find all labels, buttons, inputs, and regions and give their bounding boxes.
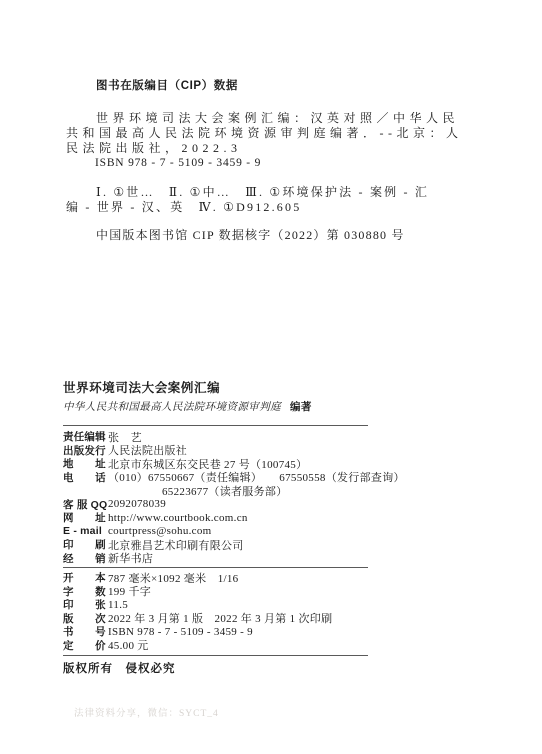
cip-title-line-2: 共和国最高人民法院环境资源审判庭编著．--北京：人: [66, 127, 463, 139]
info-value: 新华书店: [108, 550, 153, 566]
author-role: 编著: [290, 401, 312, 413]
info-value: 45.00 元: [108, 637, 149, 653]
cip-title-line-3: 民法院出版社，2022.3: [66, 142, 242, 154]
info-label: E - mail: [63, 525, 108, 537]
cip-heading: 图书在版编目（CIP）数据: [96, 81, 238, 93]
cip-title-line-1: 世界环境司法大会案例汇编：汉英对照／中华人民: [96, 112, 459, 124]
book-author-line: 中华人民共和国最高人民法院环境资源审判庭编著: [63, 402, 312, 414]
info-value: 2092078039: [108, 498, 166, 510]
cip-record-number: 中国版本图书馆 CIP 数据核字（2022）第 030880 号: [96, 229, 405, 241]
book-author: 中华人民共和国最高人民法院环境资源审判庭: [63, 402, 281, 413]
info-value: http://www.courtbook.com.cn: [108, 512, 248, 524]
divider-rule-bottom: [63, 655, 368, 656]
specification-table: 开 本787 毫米×1092 毫米 1/16 字 数199 千字 印 张11.5…: [63, 571, 332, 652]
info-row-isbn: 书 号ISBN 978 - 7 - 5109 - 3459 - 9: [63, 625, 332, 639]
info-row-phone-cont: 65223677（读者服务部）: [63, 484, 405, 498]
cip-classification-line-2: 编 - 世界 - 汉、英 Ⅳ. ①D912.605: [66, 201, 301, 213]
info-row-price: 定 价45.00 元: [63, 639, 332, 653]
info-label: 经 销: [63, 551, 108, 566]
info-row-edition: 版 次2022 年 3 月第 1 版 2022 年 3 月第 1 次印刷: [63, 612, 332, 626]
cip-isbn: ISBN 978 - 7 - 5109 - 3459 - 9: [95, 158, 261, 170]
copyright-notice: 版权所有 侵权必究: [63, 664, 176, 676]
info-value: 2022 年 3 月第 1 版 2022 年 3 月第 1 次印刷: [108, 610, 332, 626]
info-row-wordcount: 字 数199 千字: [63, 585, 332, 599]
publication-info-table: 责任编辑张 艺 出版发行人民法院出版社 地 址北京市东城区东交民巷 27 号（1…: [63, 430, 405, 565]
info-value: ISBN 978 - 7 - 5109 - 3459 - 9: [108, 626, 253, 638]
info-label: 电 话: [63, 470, 108, 485]
cip-classification-line-1: Ⅰ. ①世… Ⅱ. ①中… Ⅲ. ①环境保护法 - 案例 - 汇: [96, 186, 429, 198]
info-value: 199 千字: [108, 583, 151, 599]
watermark-text: 法律资料分享，微信：SYCT_4: [74, 710, 219, 720]
info-row-website: 网 址http://www.courtbook.com.cn: [63, 511, 405, 525]
info-value: 65223677（读者服务部）: [162, 483, 288, 499]
divider-rule-top: [63, 425, 368, 426]
info-label: 网 址: [63, 510, 108, 525]
info-row-format: 开 本787 毫米×1092 毫米 1/16: [63, 571, 332, 585]
copyright-page: 图书在版编目（CIP）数据 世界环境司法大会案例汇编：汉英对照／中华人民 共和国…: [0, 0, 542, 754]
info-value: courtpress@sohu.com: [108, 525, 212, 537]
info-value: 11.5: [108, 599, 128, 611]
divider-rule-middle: [63, 567, 368, 568]
info-row-qq: 客 服 QQ2092078039: [63, 498, 405, 512]
info-label: 定 价: [63, 638, 108, 653]
info-row-distributor: 经 销新华书店: [63, 552, 405, 566]
book-title: 世界环境司法大会案例汇编: [63, 382, 220, 395]
